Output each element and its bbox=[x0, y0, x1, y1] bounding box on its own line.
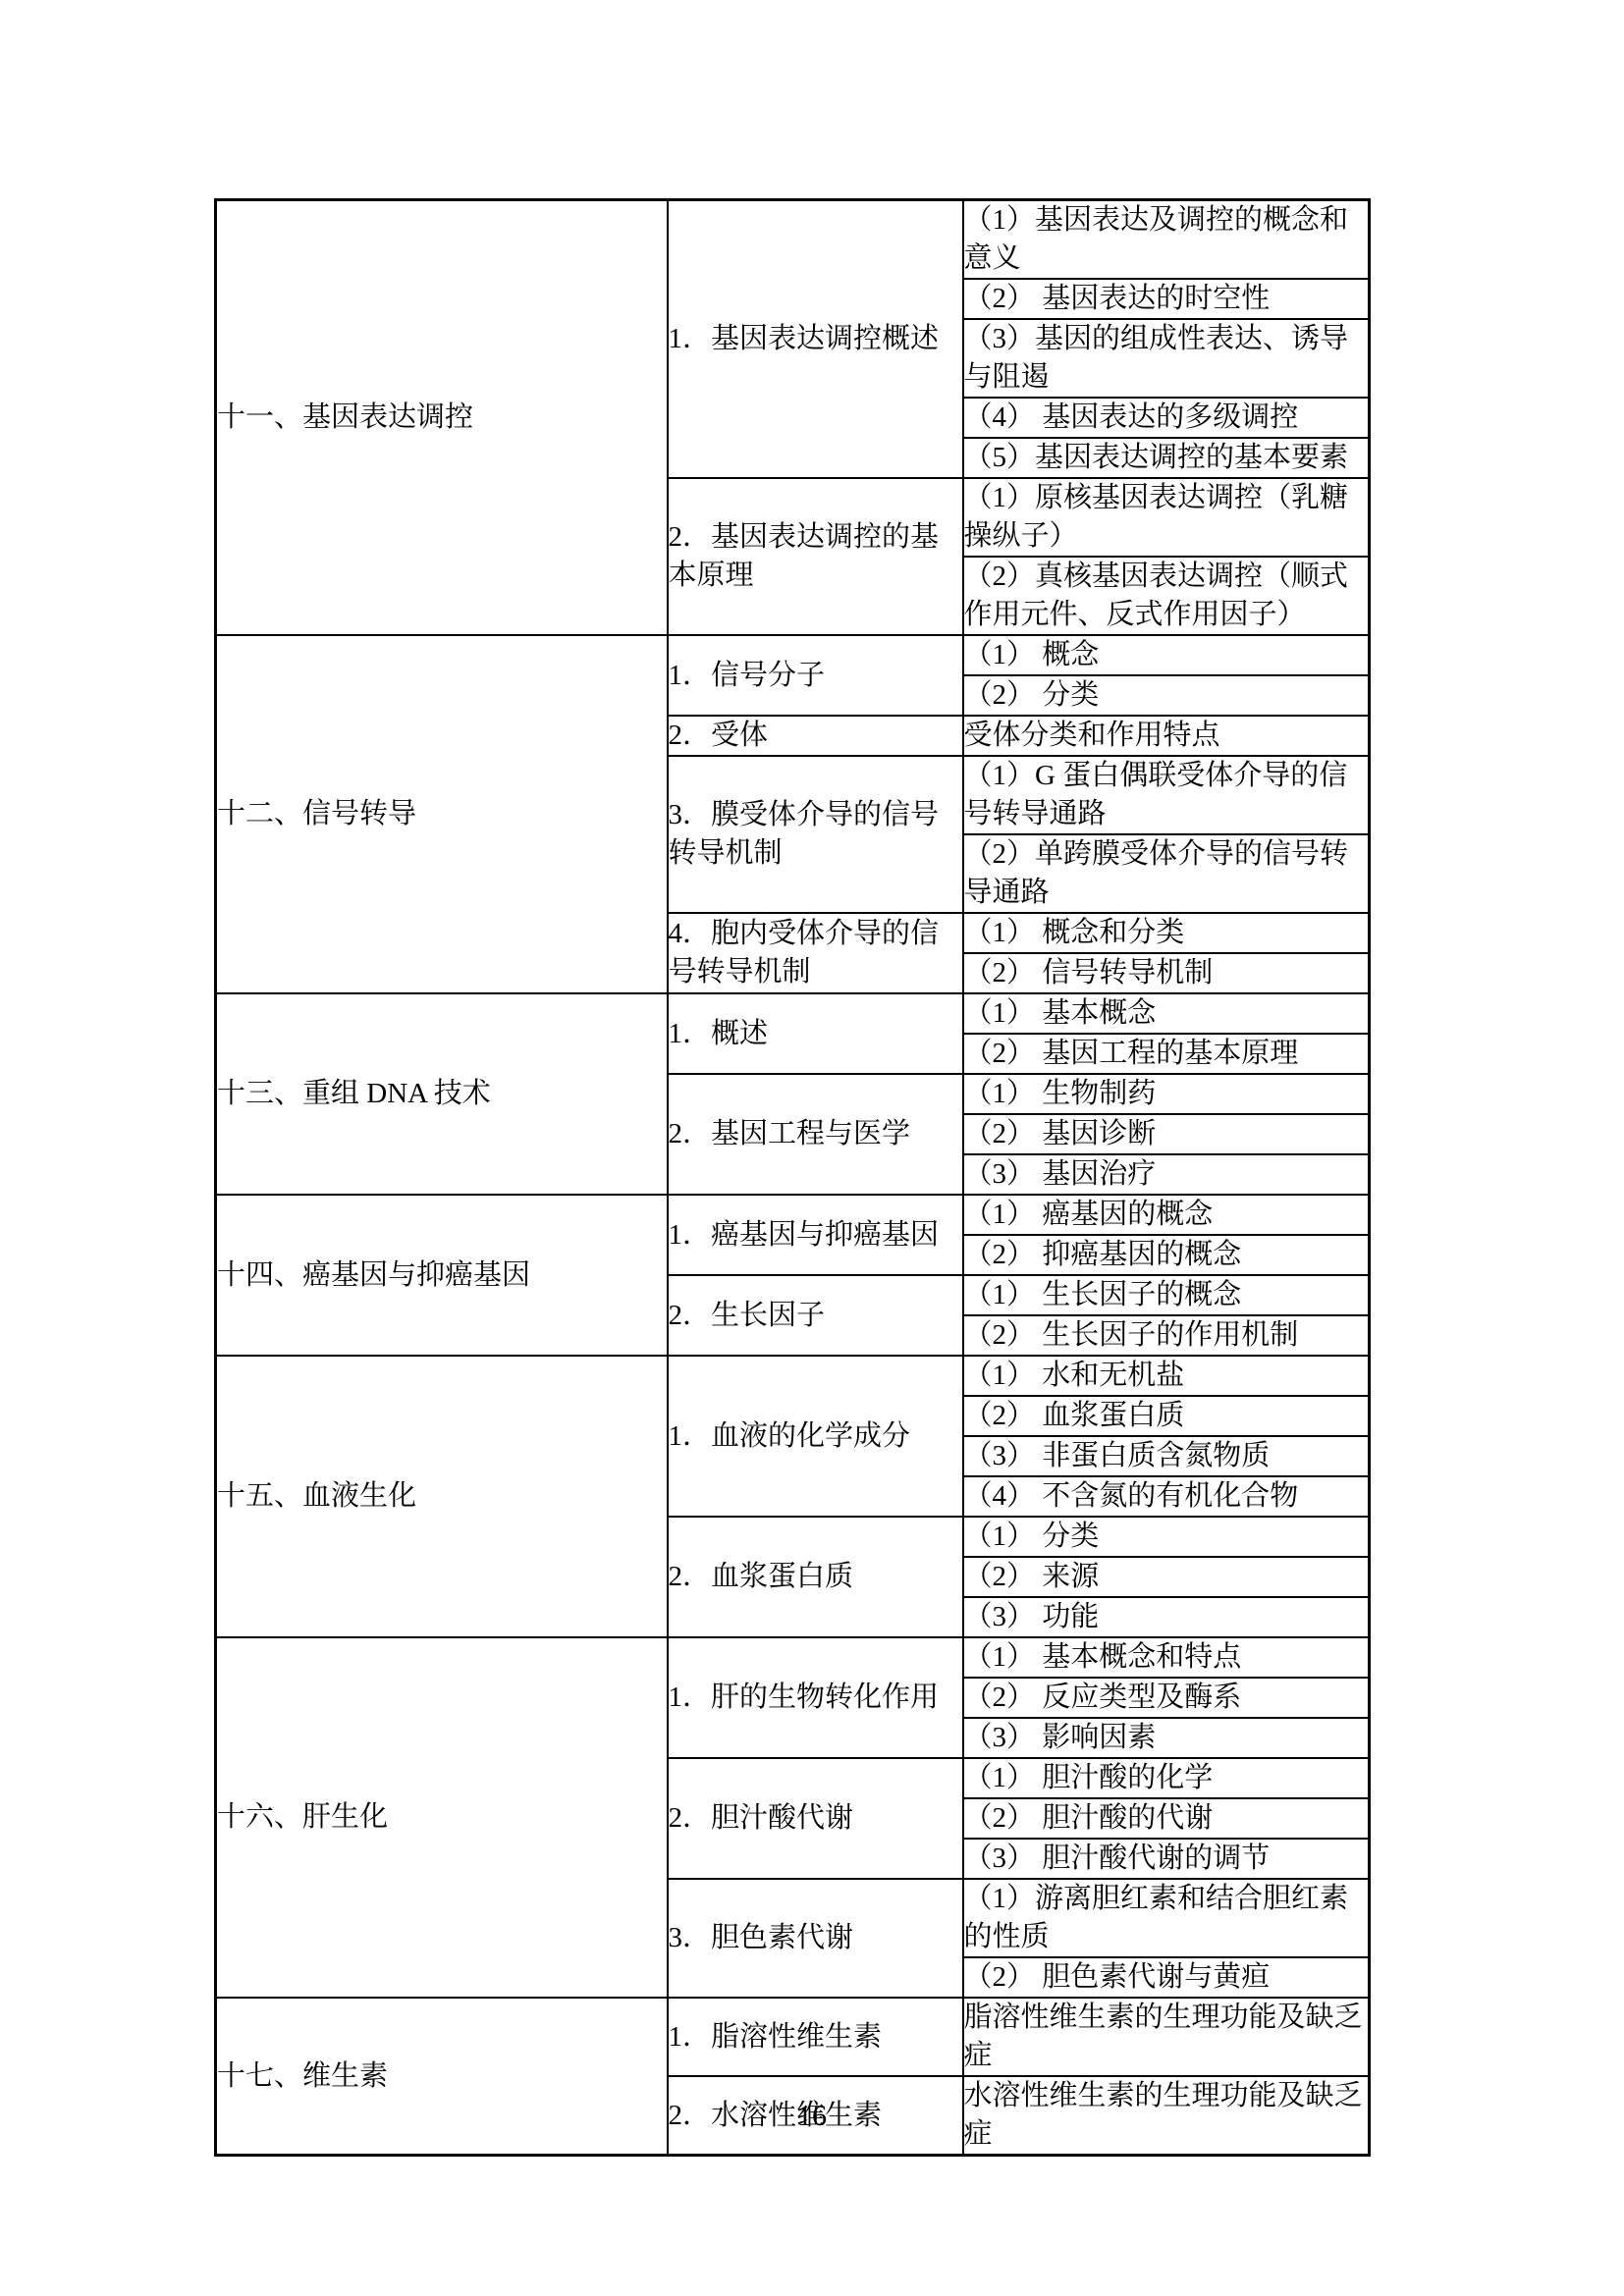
chapter-cell: 十四、癌基因与抑癌基因 bbox=[216, 1195, 668, 1356]
topic-cell: 2．胆汁酸代谢 bbox=[668, 1758, 963, 1879]
detail-cell: （3） 非蛋白质含氮物质 bbox=[963, 1436, 1370, 1476]
detail-cell: （2） 胆色素代谢与黄疸 bbox=[963, 1957, 1370, 1998]
topic-cell: 2．基因表达调控的基本原理 bbox=[668, 478, 963, 635]
detail-cell: （1）原核基因表达调控（乳糖操纵子） bbox=[963, 478, 1370, 557]
detail-cell: （2） 来源 bbox=[963, 1557, 1370, 1597]
detail-cell: （1） 生物制药 bbox=[963, 1074, 1370, 1114]
table-row: 十七、维生素1．脂溶性维生素脂溶性维生素的生理功能及缺乏症 bbox=[216, 1998, 1370, 2076]
detail-cell: （2） 基因工程的基本原理 bbox=[963, 1034, 1370, 1074]
detail-cell: （2） 分类 bbox=[963, 675, 1370, 716]
detail-cell: （4） 不含氮的有机化合物 bbox=[963, 1476, 1370, 1517]
detail-cell: （1） 癌基因的概念 bbox=[963, 1195, 1370, 1235]
detail-cell: （2） 信号转导机制 bbox=[963, 953, 1370, 993]
topic-cell: 4．胞内受体介导的信号转导机制 bbox=[668, 913, 963, 993]
detail-cell: （2） 基因诊断 bbox=[963, 1114, 1370, 1154]
detail-cell: 受体分类和作用特点 bbox=[963, 716, 1370, 756]
detail-cell: （2） 抑癌基因的概念 bbox=[963, 1235, 1370, 1275]
detail-cell: （1）G 蛋白偶联受体介导的信号转导通路 bbox=[963, 756, 1370, 834]
topic-cell: 3．膜受体介导的信号转导机制 bbox=[668, 756, 963, 913]
chapter-cell: 十一、基因表达调控 bbox=[216, 200, 668, 636]
detail-cell: （2）单跨膜受体介导的信号转导通路 bbox=[963, 834, 1370, 913]
topic-cell: 1．血液的化学成分 bbox=[668, 1356, 963, 1517]
detail-cell: （1） 分类 bbox=[963, 1517, 1370, 1557]
detail-cell: （2） 生长因子的作用机制 bbox=[963, 1315, 1370, 1356]
detail-cell: （2） 血浆蛋白质 bbox=[963, 1396, 1370, 1436]
table-row: 十四、癌基因与抑癌基因1．癌基因与抑癌基因（1） 癌基因的概念 bbox=[216, 1195, 1370, 1235]
topic-cell: 2．生长因子 bbox=[668, 1275, 963, 1356]
topic-cell: 1．癌基因与抑癌基因 bbox=[668, 1195, 963, 1275]
topic-cell: 2．受体 bbox=[668, 716, 963, 756]
page-number: 16 bbox=[0, 2099, 1624, 2134]
detail-cell: （3） 基因治疗 bbox=[963, 1154, 1370, 1195]
detail-cell: （2） 基因表达的时空性 bbox=[963, 279, 1370, 319]
detail-cell: （2）真核基因表达调控（顺式作用元件、反式作用因子） bbox=[963, 557, 1370, 635]
detail-cell: （4） 基因表达的多级调控 bbox=[963, 398, 1370, 438]
topic-cell: 1．肝的生物转化作用 bbox=[668, 1637, 963, 1758]
chapter-cell: 十三、重组 DNA 技术 bbox=[216, 993, 668, 1195]
topic-cell: 3．胆色素代谢 bbox=[668, 1879, 963, 1998]
syllabus-table-body: 十一、基因表达调控1．基因表达调控概述（1）基因表达及调控的概念和意义（2） 基… bbox=[216, 200, 1370, 2156]
detail-cell: （1） 概念 bbox=[963, 635, 1370, 675]
chapter-cell: 十六、肝生化 bbox=[216, 1637, 668, 1998]
detail-cell: （1）基因表达及调控的概念和意义 bbox=[963, 200, 1370, 280]
detail-cell: （1） 概念和分类 bbox=[963, 913, 1370, 953]
table-row: 十五、血液生化1．血液的化学成分（1） 水和无机盐 bbox=[216, 1356, 1370, 1396]
detail-cell: （1） 基本概念 bbox=[963, 993, 1370, 1034]
detail-cell: （2） 胆汁酸的代谢 bbox=[963, 1798, 1370, 1839]
detail-cell: （5）基因表达调控的基本要素 bbox=[963, 438, 1370, 478]
topic-cell: 1．基因表达调控概述 bbox=[668, 200, 963, 479]
topic-cell: 1．信号分子 bbox=[668, 635, 963, 716]
table-row: 十六、肝生化1．肝的生物转化作用（1） 基本概念和特点 bbox=[216, 1637, 1370, 1678]
chapter-cell: 十五、血液生化 bbox=[216, 1356, 668, 1637]
detail-cell: （3） 功能 bbox=[963, 1597, 1370, 1637]
detail-cell: （3） 影响因素 bbox=[963, 1718, 1370, 1758]
detail-cell: （1） 水和无机盐 bbox=[963, 1356, 1370, 1396]
detail-cell: 脂溶性维生素的生理功能及缺乏症 bbox=[963, 1998, 1370, 2076]
detail-cell: （3） 胆汁酸代谢的调节 bbox=[963, 1839, 1370, 1879]
detail-cell: （1） 基本概念和特点 bbox=[963, 1637, 1370, 1678]
chapter-cell: 十二、信号转导 bbox=[216, 635, 668, 993]
table-row: 十三、重组 DNA 技术1．概述（1） 基本概念 bbox=[216, 993, 1370, 1034]
detail-cell: （1） 生长因子的概念 bbox=[963, 1275, 1370, 1315]
table-row: 十二、信号转导1．信号分子（1） 概念 bbox=[216, 635, 1370, 675]
detail-cell: （1）游离胆红素和结合胆红素的性质 bbox=[963, 1879, 1370, 1957]
table-row: 十一、基因表达调控1．基因表达调控概述（1）基因表达及调控的概念和意义 bbox=[216, 200, 1370, 280]
topic-cell: 1．脂溶性维生素 bbox=[668, 1998, 963, 2076]
detail-cell: （2） 反应类型及酶系 bbox=[963, 1678, 1370, 1718]
detail-cell: （3）基因的组成性表达、诱导与阻遏 bbox=[963, 319, 1370, 398]
detail-cell: （1） 胆汁酸的化学 bbox=[963, 1758, 1370, 1798]
topic-cell: 1．概述 bbox=[668, 993, 963, 1074]
syllabus-table: 十一、基因表达调控1．基因表达调控概述（1）基因表达及调控的概念和意义（2） 基… bbox=[214, 198, 1371, 2157]
topic-cell: 2．血浆蛋白质 bbox=[668, 1517, 963, 1637]
topic-cell: 2．基因工程与医学 bbox=[668, 1074, 963, 1195]
